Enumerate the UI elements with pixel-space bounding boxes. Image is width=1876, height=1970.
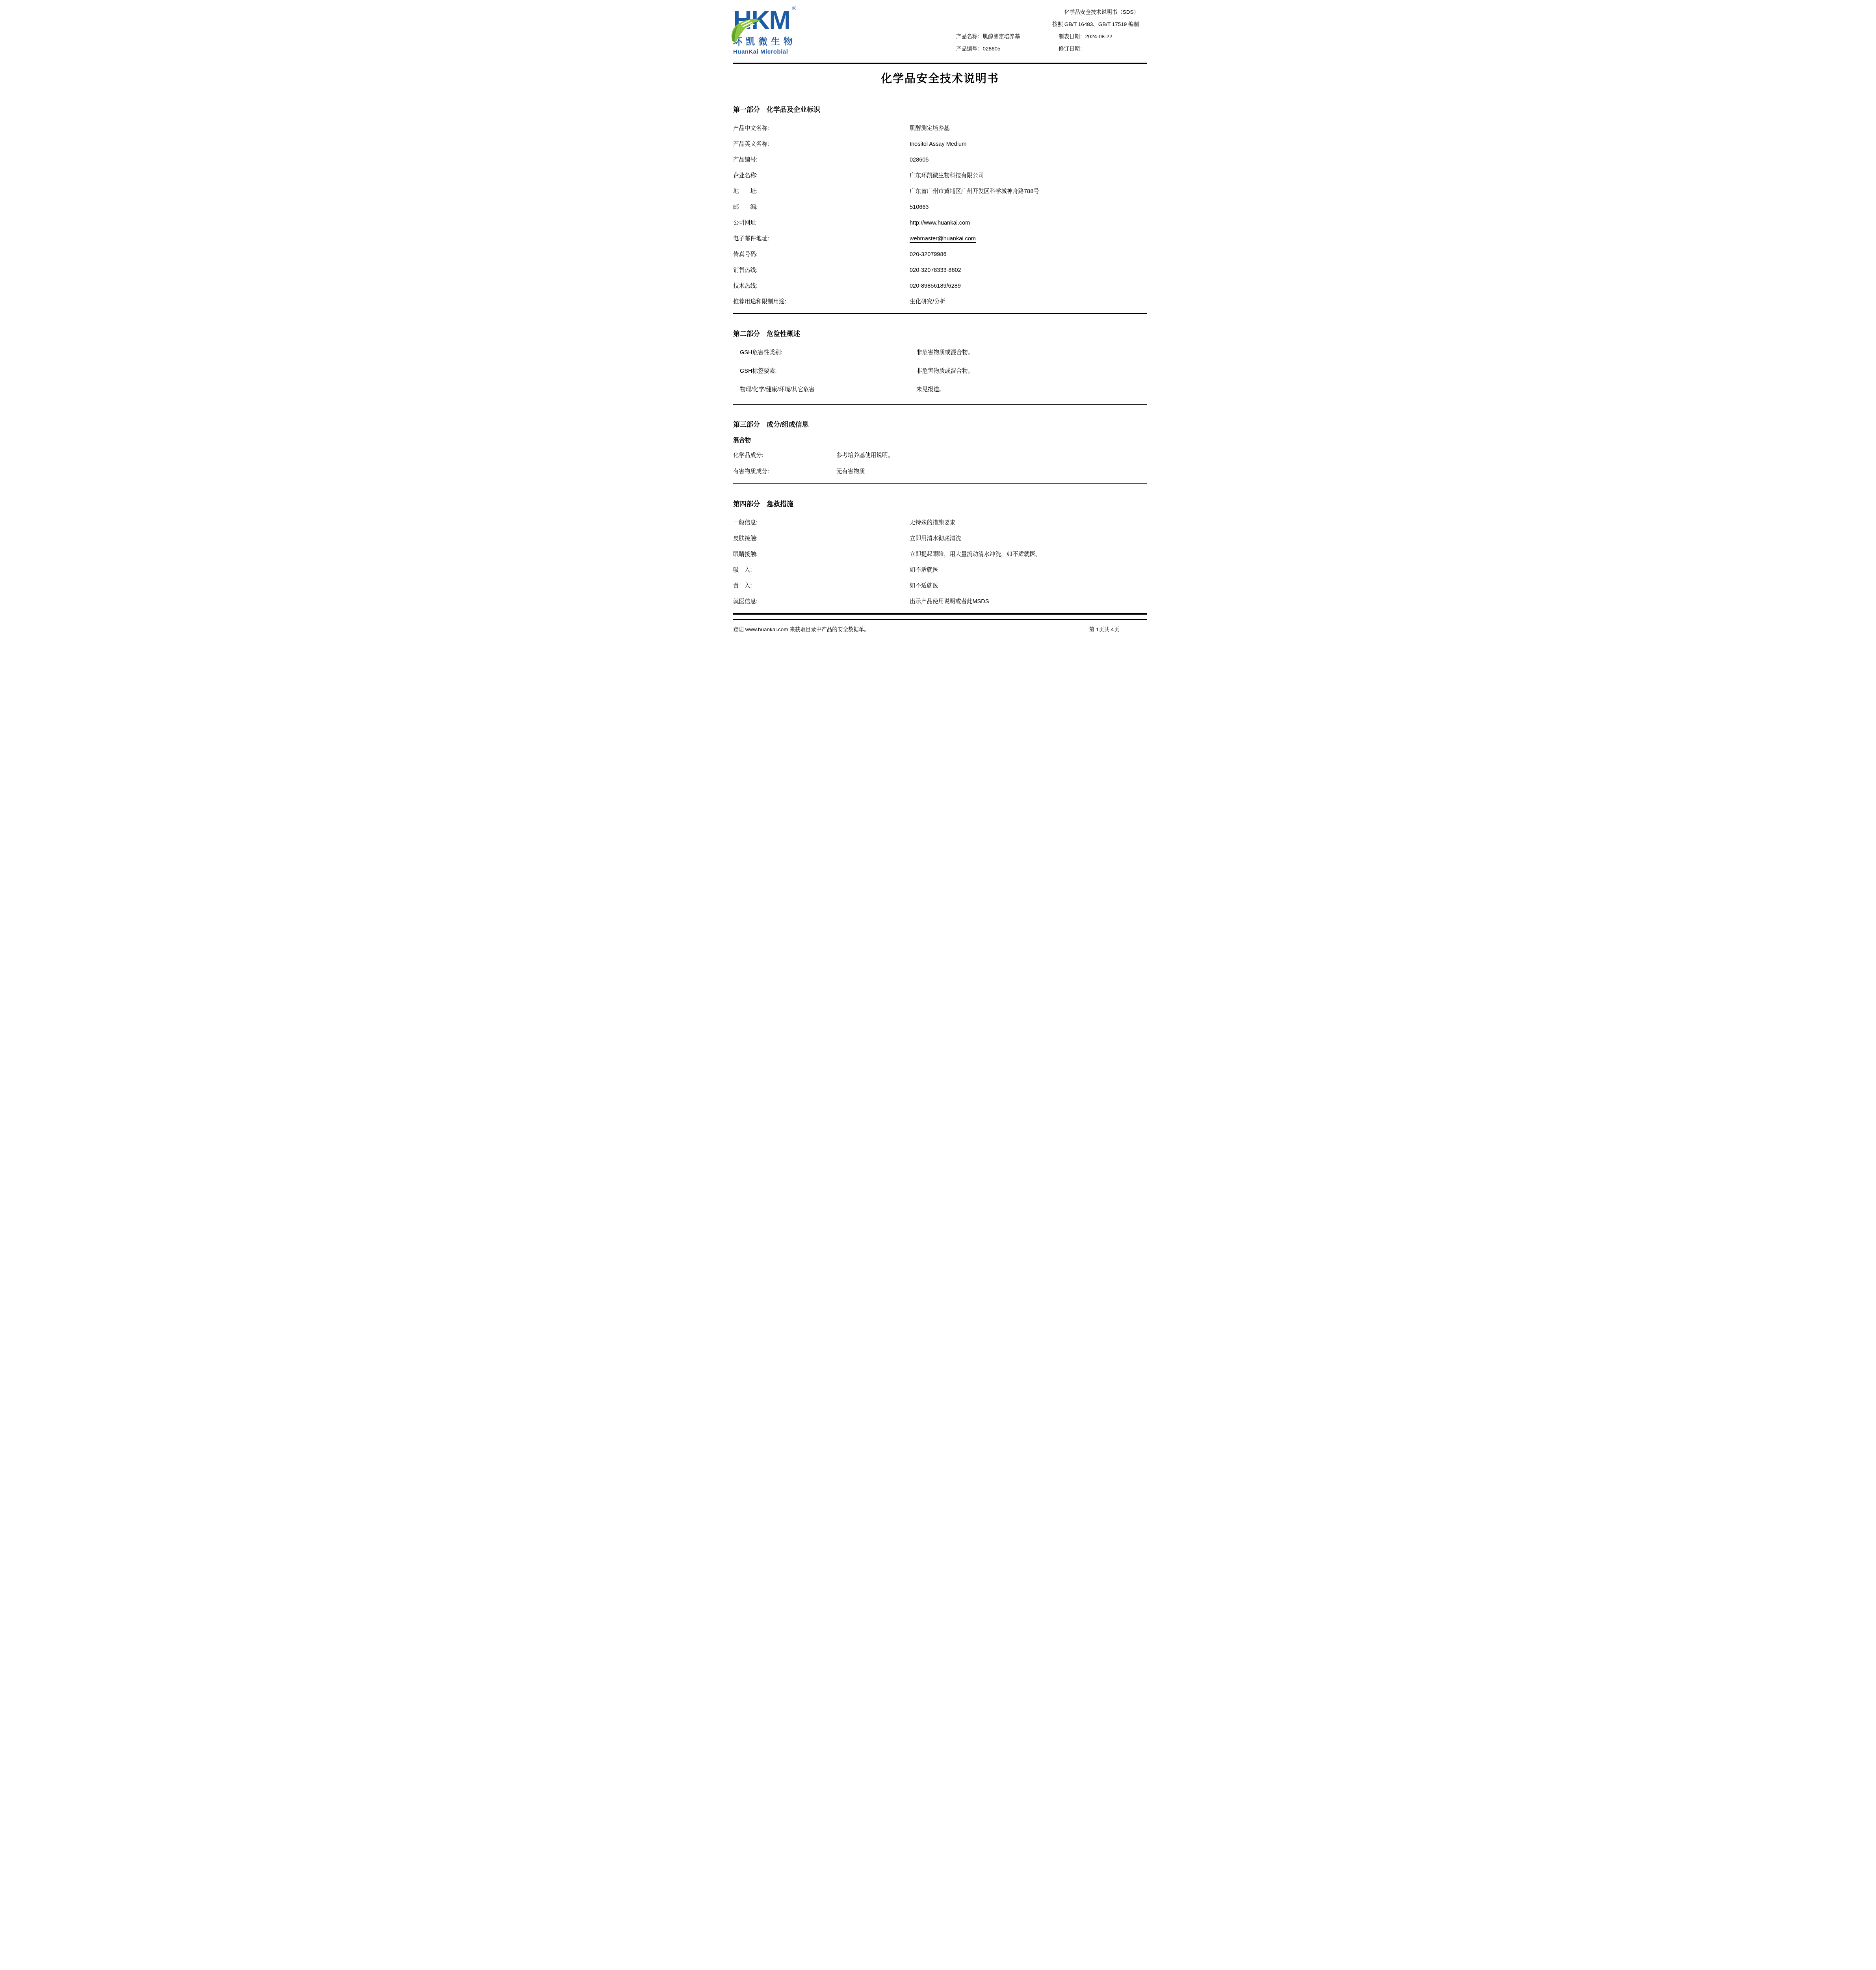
table-row: 一般信息:无特殊的措施要求	[733, 519, 1147, 527]
field-label: GSH危害性类别:	[740, 348, 916, 357]
section-1-identification: 第一部分 化学品及企业标识 产品中文名称:肌醇测定培养基 产品英文名称:Inos…	[733, 104, 1147, 306]
product-code-label: 产品编号：	[956, 46, 983, 52]
footer-note-suffix: 来获取目录中产品的安全数据单。	[788, 626, 869, 632]
section-2-heading: 第二部分 危险性概述	[733, 328, 1147, 338]
field-label: 就医信息:	[733, 597, 910, 606]
table-row: 皮肤接触:立即用清水彻底清洗	[733, 534, 1147, 543]
field-label: 吸 入:	[733, 566, 910, 574]
field-value: 未见报道。	[916, 385, 1147, 394]
field-label: 眼睛接触:	[733, 550, 910, 559]
logo-chinese-name: 环凯微生物	[733, 34, 824, 47]
field-label: 地 址:	[733, 187, 910, 196]
section-divider	[733, 404, 1147, 405]
section-divider	[733, 313, 1147, 314]
field-value: 020-32078333-8602	[910, 266, 1147, 275]
table-row: 吸 入:如不适就医	[733, 566, 1147, 574]
table-row: 传真号码:020-32079986	[733, 250, 1147, 259]
field-label: 化学品成分:	[733, 451, 836, 460]
section-divider	[733, 483, 1147, 484]
company-logo: HKM ® 环凯微生物 HuanKai Microbial	[733, 7, 824, 55]
product-code-cell: 产品编号：028605	[956, 45, 1059, 52]
registered-trademark-icon: ®	[792, 6, 796, 11]
sds-document-page: HKM ® 环凯微生物 HuanKai Microbial 化学品安全技术说明书…	[704, 0, 1172, 663]
field-value: 510663	[910, 203, 1147, 212]
section-4-heading: 第四部分 急救措施	[733, 498, 1147, 508]
table-row: 产品编号:028605	[733, 156, 1147, 164]
section-4-first-aid: 第四部分 急救措施 一般信息:无特殊的措施要求 皮肤接触:立即用清水彻底清洗 眼…	[733, 498, 1147, 606]
field-label: 物理/化学/健康/环境/其它危害	[740, 385, 916, 394]
create-date-cell: 制表日期：2024-08-22	[1059, 33, 1147, 40]
table-row: 就医信息:出示产品使用说明或者此MSDS	[733, 597, 1147, 606]
section-1-heading: 第一部分 化学品及企业标识	[733, 104, 1147, 114]
field-label: 有害物质成分:	[733, 467, 836, 476]
table-row: GSH危害性类别:非危害物质或混合物。	[733, 348, 1147, 357]
document-title: 化学品安全技术说明书	[733, 70, 1147, 86]
field-value: 020-89856189/6289	[910, 282, 1147, 290]
section-divider	[733, 613, 1147, 615]
field-value: 020-32079986	[910, 250, 1147, 259]
table-row: 电子邮件地址:webmaster@huankai.com	[733, 234, 1147, 243]
doc-type-line: 化学品安全技术说明书（SDS）	[956, 9, 1147, 16]
section-3-heading: 第三部分 成分/组成信息	[733, 419, 1147, 429]
hkm-logo-text: HKM	[733, 6, 790, 35]
field-label: 邮 编:	[733, 203, 910, 212]
company-website-value[interactable]: http://www.huankai.com	[910, 219, 1147, 227]
table-row: 产品英文名称:Inositol Assay Medium	[733, 140, 1147, 149]
table-row: 公司网址http://www.huankai.com	[733, 219, 1147, 227]
field-value: 肌醇测定培养基	[910, 124, 1147, 133]
create-date-label: 制表日期：	[1059, 33, 1085, 39]
field-value: Inositol Assay Medium	[910, 140, 1147, 149]
logo-english-name: HuanKai Microbial	[733, 48, 824, 55]
field-value: 非危害物质或混合物。	[916, 348, 1147, 357]
product-name-label: 产品名称：	[956, 33, 983, 39]
field-value: 无有害物质	[836, 467, 1147, 476]
field-label: 公司网址	[733, 219, 910, 227]
field-value: 如不适就医	[910, 566, 1147, 574]
field-value: 028605	[910, 156, 1147, 164]
field-label: 产品中文名称:	[733, 124, 910, 133]
field-value: 非危害物质或混合物。	[916, 367, 1147, 375]
create-date-value: 2024-08-22	[1085, 33, 1113, 39]
section-2-hazards: 第二部分 危险性概述 GSH危害性类别:非危害物质或混合物。 GSH标签要素:非…	[733, 328, 1147, 394]
field-label: 皮肤接触:	[733, 534, 910, 543]
product-name-value: 肌醇测定培养基	[983, 33, 1020, 39]
field-value: 如不适就医	[910, 582, 1147, 590]
table-row: 化学品成分:参考培养基使用说明。	[733, 451, 1147, 460]
table-row: 邮 编:510663	[733, 203, 1147, 212]
field-value: 立即提起眼睑，用大量流动清水冲洗，如不适就医。	[910, 550, 1147, 559]
revision-date-label: 修订日期：	[1059, 46, 1085, 52]
field-value: 出示产品使用说明或者此MSDS	[910, 597, 1147, 606]
table-row: GSH标签要素:非危害物质或混合物。	[733, 367, 1147, 375]
field-value: 无特殊的措施要求	[910, 519, 1147, 527]
field-label: 企业名称:	[733, 171, 910, 180]
field-label: 食 入:	[733, 582, 910, 590]
field-label: 产品英文名称:	[733, 140, 910, 149]
field-value: 参考培养基使用说明。	[836, 451, 1147, 460]
field-label: 推荐用途和限制用途:	[733, 297, 910, 306]
product-code-value: 028605	[983, 46, 1001, 52]
field-label: 技术热线:	[733, 282, 910, 290]
field-label: 产品编号:	[733, 156, 910, 164]
footer-note: 登陆 www.huankai.com 来获取目录中产品的安全数据单。	[733, 625, 869, 633]
product-name-cell: 产品名称：肌醇测定培养基	[956, 33, 1059, 40]
section-3-composition: 第三部分 成分/组成信息 混合物 化学品成分:参考培养基使用说明。 有害物质成分…	[733, 419, 1147, 476]
footer-note-prefix: 登陆	[733, 626, 745, 632]
field-label: GSH标签要素:	[740, 367, 916, 375]
table-row: 物理/化学/健康/环境/其它危害未见报道。	[733, 385, 1147, 394]
table-row: 推荐用途和限制用途:生化研究/分析	[733, 297, 1147, 306]
footer-website-link[interactable]: www.huankai.com	[745, 626, 788, 632]
field-value: 立即用清水彻底清洗	[910, 534, 1147, 543]
field-label: 传真号码:	[733, 250, 910, 259]
table-row: 产品中文名称:肌醇测定培养基	[733, 124, 1147, 133]
header-meta-grid: 产品名称：肌醇测定培养基 制表日期：2024-08-22 产品编号：028605…	[956, 33, 1147, 52]
page-footer: 登陆 www.huankai.com 来获取目录中产品的安全数据单。 第 1页共…	[733, 619, 1147, 633]
page-number: 第 1页共 4页	[1089, 625, 1119, 633]
standard-line: 按照 GB/T 16483、GB/T 17519 编制	[956, 21, 1147, 28]
field-label: 一般信息:	[733, 519, 910, 527]
table-row: 有害物质成分:无有害物质	[733, 467, 1147, 476]
email-link[interactable]: webmaster@huankai.com	[910, 236, 976, 243]
header-info-block: 化学品安全技术说明书（SDS） 按照 GB/T 16483、GB/T 17519…	[956, 7, 1147, 52]
field-value: 广东环凯微生物科技有限公司	[910, 171, 1147, 180]
table-row: 地 址:广东省广州市黄埔区广州开发区科学城神舟路788号	[733, 187, 1147, 196]
field-label: 销售热线:	[733, 266, 910, 275]
page-header: HKM ® 环凯微生物 HuanKai Microbial 化学品安全技术说明书…	[733, 7, 1147, 64]
table-row: 技术热线:020-89856189/6289	[733, 282, 1147, 290]
table-row: 食 入:如不适就医	[733, 582, 1147, 590]
table-row: 销售热线:020-32078333-8602	[733, 266, 1147, 275]
mixture-subheading: 混合物	[733, 436, 1147, 444]
field-label: 电子邮件地址:	[733, 234, 910, 243]
hkm-logo-mark: HKM ®	[733, 7, 790, 33]
field-value: 生化研究/分析	[910, 297, 1147, 306]
table-row: 企业名称:广东环凯微生物科技有限公司	[733, 171, 1147, 180]
field-value: 广东省广州市黄埔区广州开发区科学城神舟路788号	[910, 187, 1147, 196]
revision-date-cell: 修订日期：	[1059, 45, 1147, 52]
table-row: 眼睛接触:立即提起眼睑，用大量流动清水冲洗，如不适就医。	[733, 550, 1147, 559]
